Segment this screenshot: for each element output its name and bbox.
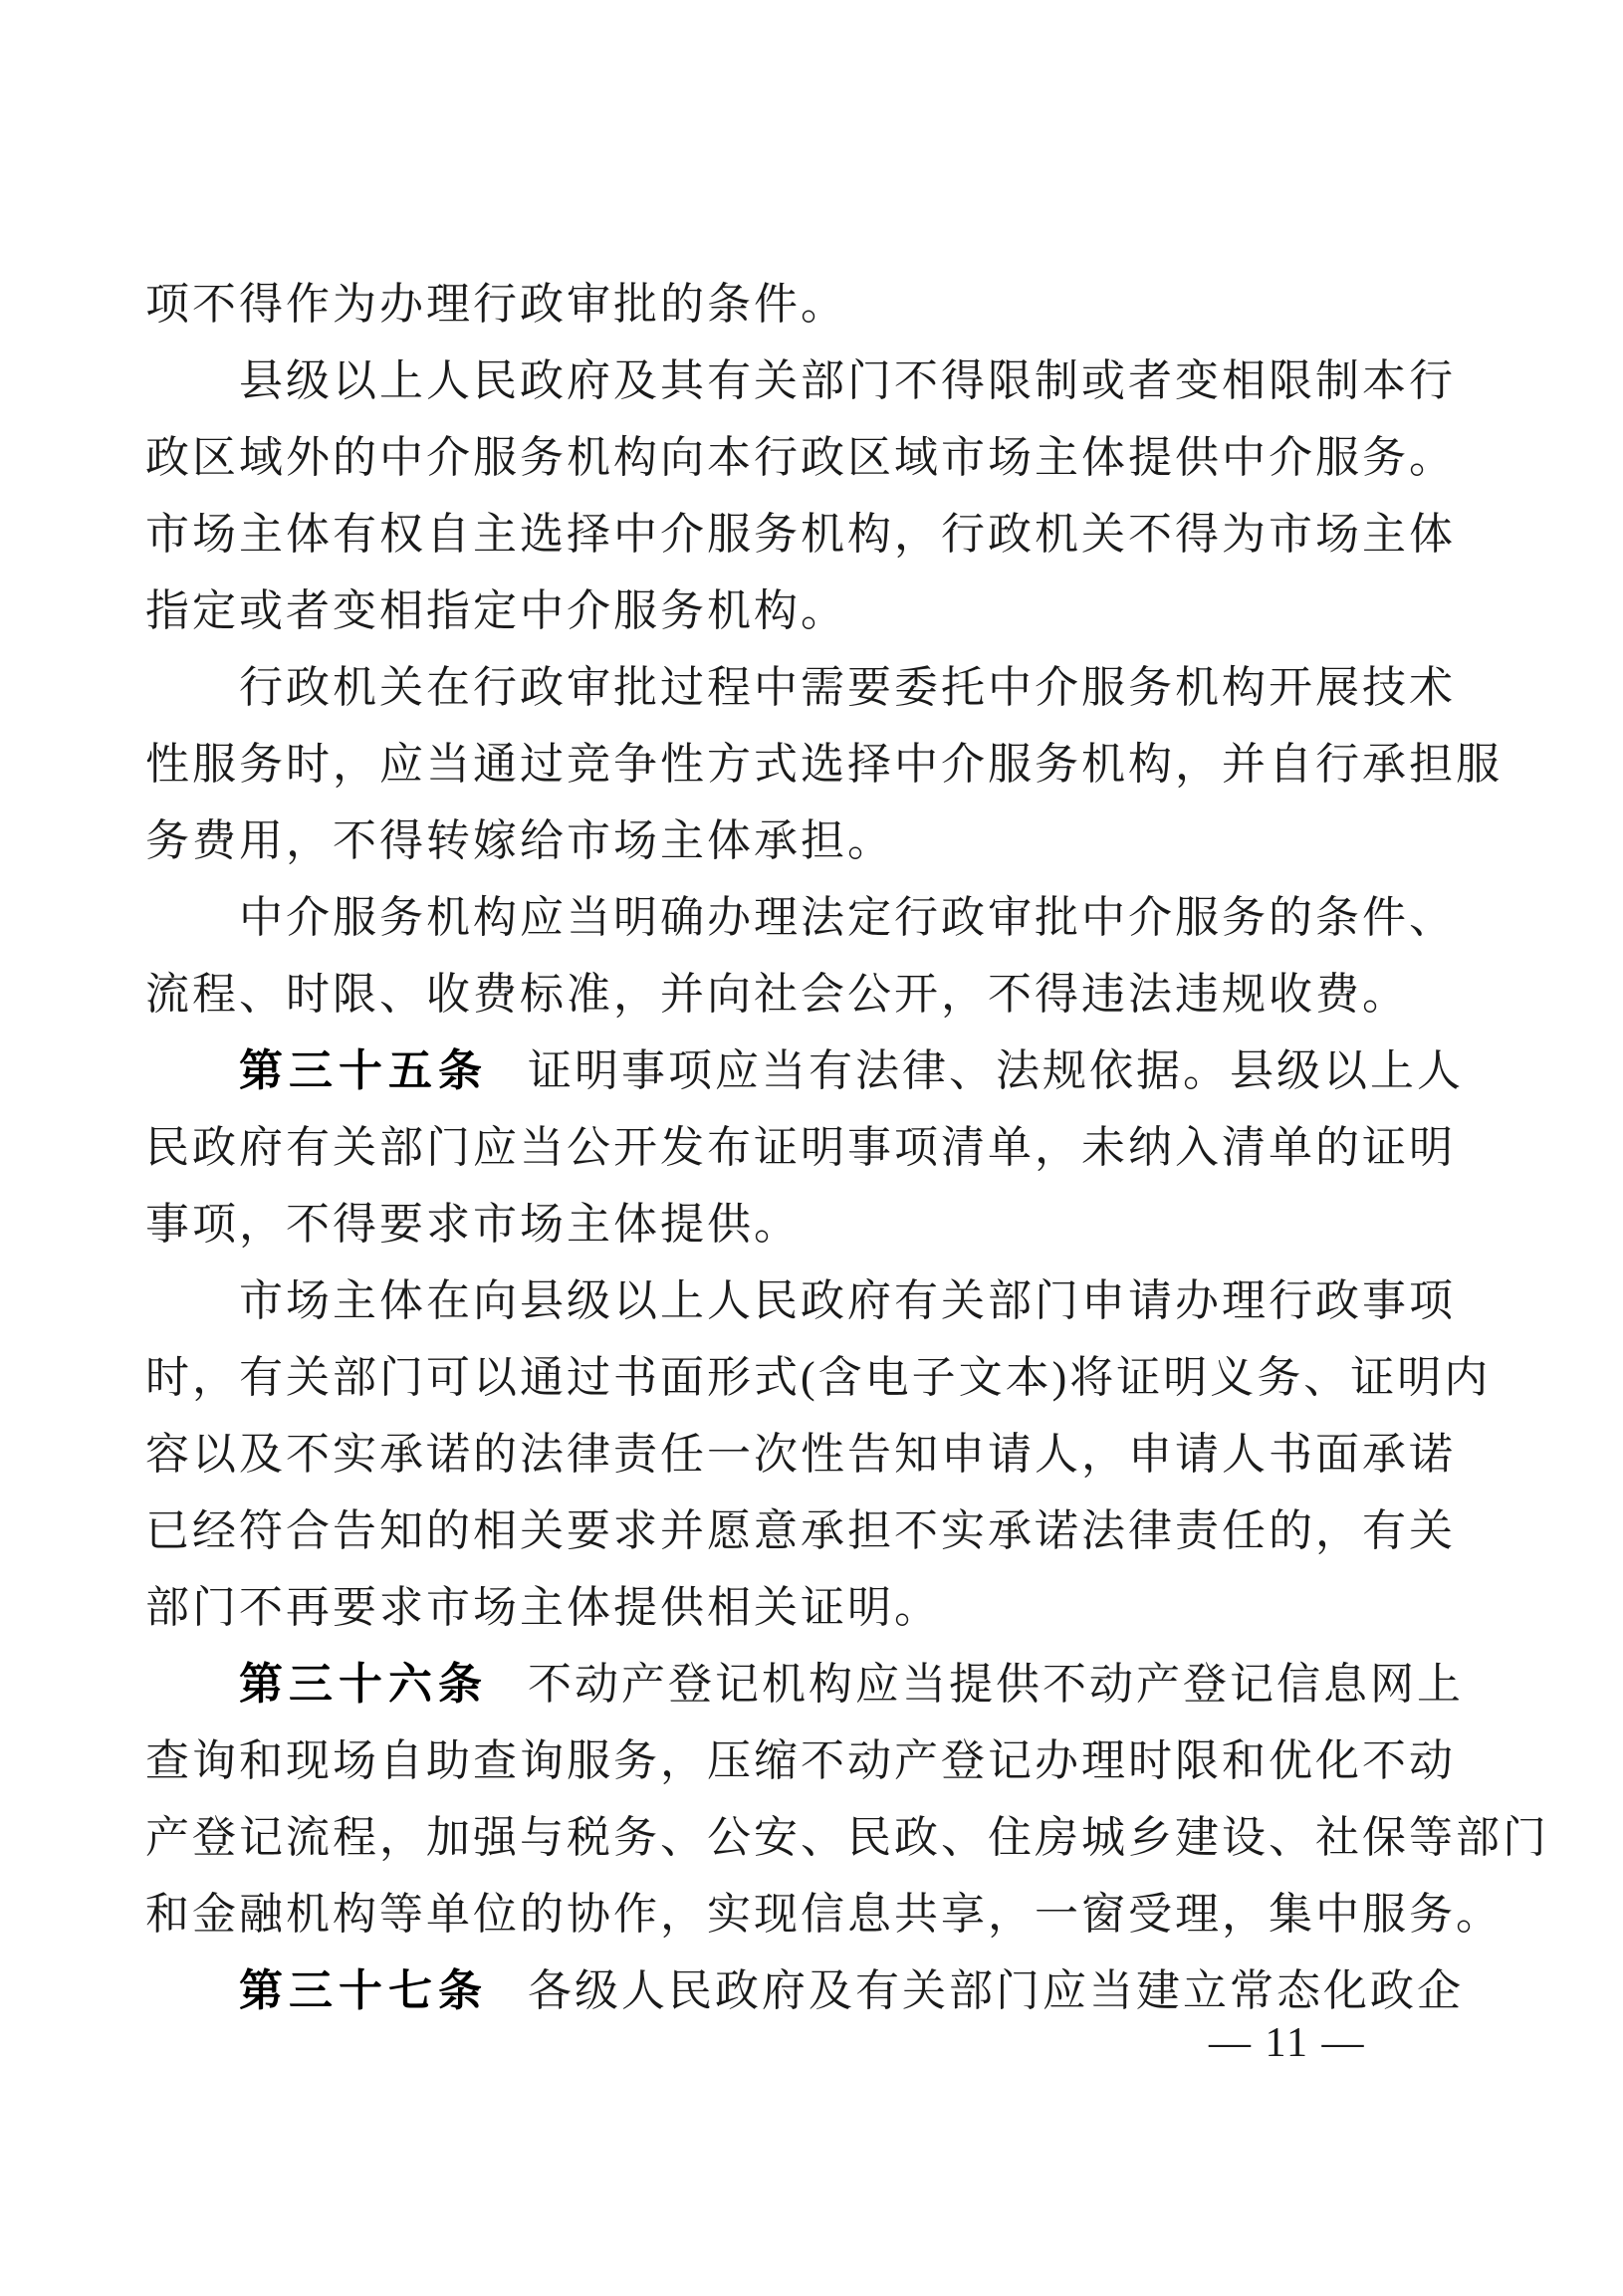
line-text: 容以及不实承诺的法律责任一次性告知申请人，申请人书面承诺 (145, 1430, 1456, 1479)
line-text: 务费用，不得转嫁给市场主体承担。 (145, 816, 894, 865)
text-line: 查询和现场自助查询服务，压缩不动产登记办理时限和优化不动 (145, 1722, 1460, 1799)
line-text: 证明事项应当有法律、法规依据。县级以上人 (528, 1046, 1464, 1095)
line-text: 和金融机构等单位的协作，实现信息共享，一窗受理，集中服务。 (145, 1890, 1503, 1939)
line-text: 时，有关部门可以通过书面形式(含电子文本)将证明义务、证明内 (145, 1353, 1491, 1402)
text-line: 市场主体有权自主选择中介服务机构，行政机关不得为市场主体 (145, 496, 1460, 573)
text-line: 和金融机构等单位的协作，实现信息共享，一窗受理，集中服务。 (145, 1876, 1460, 1952)
text-line: 政区域外的中介服务机构向本行政区域市场主体提供中介服务。 (145, 419, 1460, 496)
document-body: 项不得作为办理行政审批的条件。县级以上人民政府及其有关部门不得限制或者变相限制本… (145, 266, 1460, 2029)
line-text: 市场主体有权自主选择中介服务机构，行政机关不得为市场主体 (145, 510, 1456, 559)
text-line: 第三十六条不动产登记机构应当提供不动产登记信息网上 (145, 1646, 1460, 1722)
line-text: 市场主体在向县级以上人民政府有关部门申请办理行政事项 (239, 1276, 1456, 1325)
line-text: 已经符合告知的相关要求并愿意承担不实承诺法律责任的，有关 (145, 1506, 1456, 1555)
text-line: 产登记流程，加强与税务、公安、民政、住房城乡建设、社保等部门 (145, 1799, 1460, 1876)
text-line: 事项，不得要求市场主体提供。 (145, 1186, 1460, 1263)
line-text: 事项，不得要求市场主体提供。 (145, 1200, 801, 1249)
article-number: 第三十七条 (239, 1966, 488, 2015)
text-line: 市场主体在向县级以上人民政府有关部门申请办理行政事项 (145, 1263, 1460, 1339)
text-line: 时，有关部门可以通过书面形式(含电子文本)将证明义务、证明内 (145, 1339, 1460, 1416)
text-line: 第三十五条证明事项应当有法律、法规依据。县级以上人 (145, 1033, 1460, 1109)
line-text: 部门不再要求市场主体提供相关证明。 (145, 1583, 941, 1632)
line-text: 不动产登记机构应当提供不动产登记信息网上 (528, 1660, 1464, 1709)
line-text: 中介服务机构应当明确办理法定行政审批中介服务的条件、 (239, 893, 1456, 942)
text-line: 容以及不实承诺的法律责任一次性告知申请人，申请人书面承诺 (145, 1416, 1460, 1492)
line-text: 行政机关在行政审批过程中需要委托中介服务机构开展技术 (239, 663, 1456, 712)
line-text: 指定或者变相指定中介服务机构。 (145, 586, 847, 635)
text-line: 县级以上人民政府及其有关部门不得限制或者变相限制本行 (145, 343, 1460, 419)
line-text: 项不得作为办理行政审批的条件。 (145, 280, 847, 329)
text-line: 中介服务机构应当明确办理法定行政审批中介服务的条件、 (145, 879, 1460, 956)
text-line: 部门不再要求市场主体提供相关证明。 (145, 1569, 1460, 1646)
page-number: — 11 — (1209, 2017, 1365, 2069)
article-number: 第三十六条 (239, 1660, 488, 1709)
article-number: 第三十五条 (239, 1046, 488, 1095)
line-text: 县级以上人民政府及其有关部门不得限制或者变相限制本行 (239, 356, 1456, 405)
line-text: 政区域外的中介服务机构向本行政区域市场主体提供中介服务。 (145, 433, 1456, 482)
text-line: 已经符合告知的相关要求并愿意承担不实承诺法律责任的，有关 (145, 1492, 1460, 1569)
text-line: 务费用，不得转嫁给市场主体承担。 (145, 803, 1460, 879)
text-line: 民政府有关部门应当公开发布证明事项清单，未纳入清单的证明 (145, 1109, 1460, 1186)
line-text: 产登记流程，加强与税务、公安、民政、住房城乡建设、社保等部门 (145, 1813, 1549, 1862)
document-page: 项不得作为办理行政审批的条件。县级以上人民政府及其有关部门不得限制或者变相限制本… (0, 0, 1623, 2296)
line-text: 流程、时限、收费标准，并向社会公开，不得违法违规收费。 (145, 970, 1409, 1019)
line-text: 各级人民政府及有关部门应当建立常态化政企 (528, 1966, 1464, 2015)
text-line: 性服务时，应当通过竞争性方式选择中介服务机构，并自行承担服 (145, 726, 1460, 803)
line-text: 查询和现场自助查询服务，压缩不动产登记办理时限和优化不动 (145, 1736, 1456, 1785)
line-text: 民政府有关部门应当公开发布证明事项清单，未纳入清单的证明 (145, 1123, 1456, 1172)
text-line: 流程、时限、收费标准，并向社会公开，不得违法违规收费。 (145, 956, 1460, 1033)
text-line: 行政机关在行政审批过程中需要委托中介服务机构开展技术 (145, 649, 1460, 726)
text-line: 指定或者变相指定中介服务机构。 (145, 573, 1460, 649)
line-text: 性服务时，应当通过竞争性方式选择中介服务机构，并自行承担服 (145, 740, 1503, 789)
text-line: 项不得作为办理行政审批的条件。 (145, 266, 1460, 343)
